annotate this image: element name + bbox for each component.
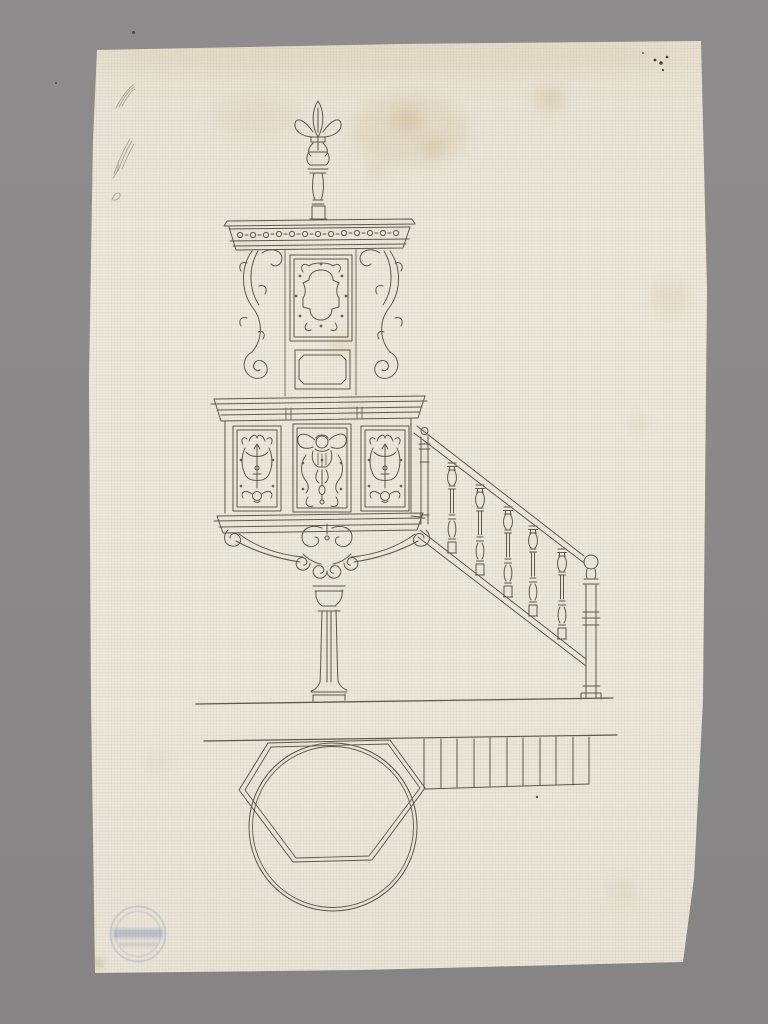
dorsal-scroll-right: [360, 250, 402, 379]
fleur-de-lis-finial: [295, 101, 341, 219]
stair-stringer: [411, 516, 586, 666]
plan-view: [204, 735, 617, 911]
handrail: [414, 426, 584, 563]
plan-circle: [249, 743, 417, 911]
cartouche-panel: [290, 255, 352, 341]
ground-line: [196, 698, 613, 704]
gray-mount-background: [0, 0, 768, 1024]
pulpit-base-molding: [214, 513, 425, 533]
newel-ball-finial: [584, 555, 598, 569]
plan-stair-treads: [424, 737, 589, 789]
center-carved-panel: [293, 424, 351, 512]
staircase: [411, 426, 601, 699]
dorsal-scroll-left: [240, 250, 282, 379]
plan-baseline: [204, 735, 617, 741]
pulpit-cornice: [211, 396, 427, 421]
blank-plaque-panel: [295, 350, 350, 389]
balusters: [448, 463, 567, 639]
pulpit-body: [214, 419, 425, 533]
canopy-sounding-board: [224, 219, 415, 250]
ink-dot: [536, 796, 538, 798]
support-column: [311, 586, 347, 701]
plan-hexagon: [239, 740, 425, 862]
cherub-face: [316, 436, 328, 448]
right-carved-panel: [361, 426, 409, 511]
bottom-newel-post: [581, 555, 601, 699]
dorsal-back-panel: [240, 249, 402, 396]
left-carved-panel: [233, 426, 281, 511]
pulpit-drawing-svg: [0, 0, 768, 1024]
ink-specks: [642, 52, 668, 71]
top-newel-post: [419, 428, 430, 525]
pencil-inscription: [112, 85, 135, 200]
ink-drawing: [196, 101, 617, 911]
canopy-frieze-ornament: [237, 230, 398, 237]
